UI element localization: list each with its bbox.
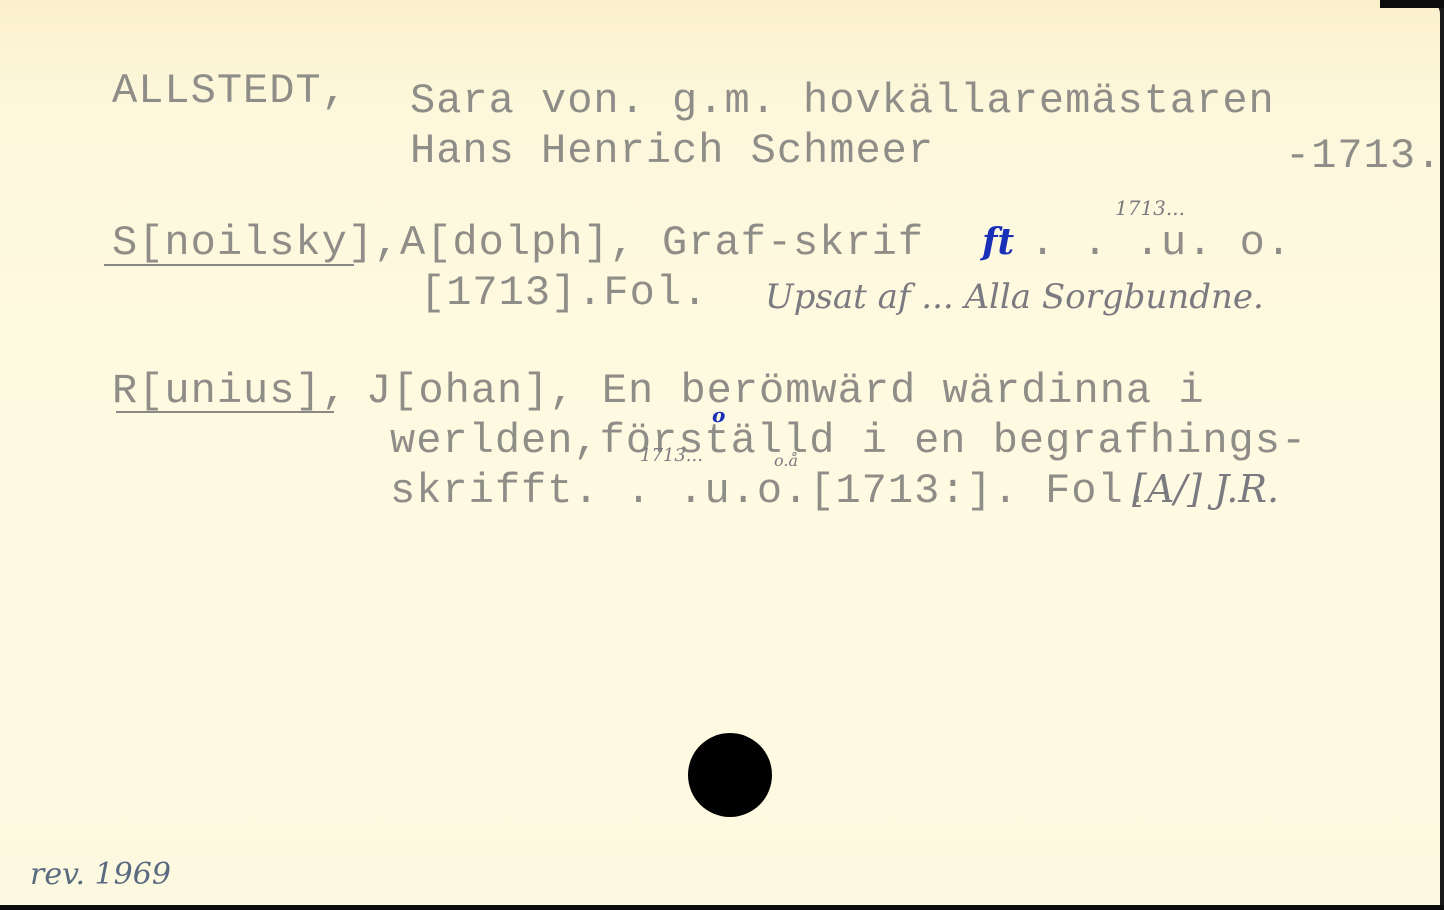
- entry2-title: A[dolph], Graf-skrif: [400, 222, 924, 264]
- entry1-line2: Hans Henrich Schmeer: [410, 130, 934, 172]
- entry3-line2: werlden,förställd i en begrafhings-: [390, 420, 1307, 462]
- entry2-imprint: . . .u. o.: [1030, 222, 1292, 264]
- punch-hole: [688, 733, 772, 817]
- entry3-hand-oa: o.å: [774, 453, 798, 469]
- entry3-author-underline: [116, 411, 334, 413]
- entry2-line2: [1713].Fol.: [420, 272, 708, 314]
- catalog-card: ALLSTEDT, Sara von. g.m. hovkällaremästa…: [0, 0, 1440, 905]
- entry3-hand-year: 1713...: [640, 447, 703, 465]
- entry1-heading: ALLSTEDT,: [112, 70, 348, 112]
- entry2-author: S[noilsky],: [112, 222, 400, 264]
- entry2-hand-note: Upsat af ... Alla Sorgbundne.: [765, 280, 1264, 314]
- entry3-hand-o: o: [712, 405, 725, 425]
- entry2-author-underline: [104, 264, 354, 266]
- entry3-hand-signature: [A/] J.R.: [1132, 470, 1279, 508]
- scan-edge-top: [1380, 0, 1444, 8]
- entry3-author: R[unius],: [112, 370, 348, 412]
- entry2-note-above: 1713...: [1115, 198, 1185, 218]
- entry3-line3: skrifft. . .u.o.[1713:]. Fol.: [390, 470, 1150, 512]
- scan-edge-bottom: [0, 905, 1444, 910]
- entry1-line1: Sara von. g.m. hovkällaremästaren: [410, 80, 1275, 122]
- revision-note: rev. 1969: [30, 860, 171, 890]
- scan-edge-right: [1440, 8, 1444, 910]
- entry2-correction: ft: [982, 224, 1014, 260]
- entry1-date: -1713.: [1285, 135, 1442, 177]
- entry3-line1: J[ohan], En berömwärd wärdinna i: [366, 370, 1205, 412]
